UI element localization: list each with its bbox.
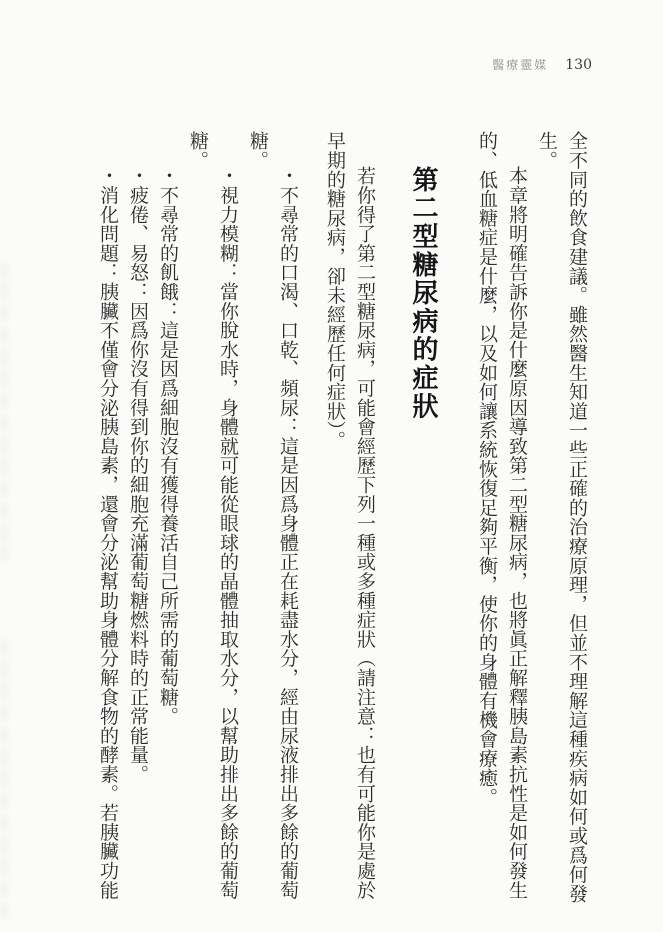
scan-bleed-artifact bbox=[0, 640, 9, 920]
symptom-list: ・不尋常的口渴、口乾、頻尿：這是因爲身體正在耗盡水分，經由尿液排出多餘的葡萄糖。… bbox=[93, 131, 303, 905]
bullet-icon: ・ bbox=[157, 166, 179, 185]
page-number: 130 bbox=[565, 57, 592, 73]
bullet-icon: ・ bbox=[127, 166, 149, 185]
symptom-item-fatigue: ・疲倦、易怒：因爲你沒有得到你的細胞充滿葡萄糖燃料時的正常能量。 bbox=[123, 131, 153, 905]
paragraph-chapter-intro: 本章將明確告訴你是什麼原因導致第二型糖尿病，也將眞正解釋胰島素抗性是如何發生的、… bbox=[472, 131, 532, 905]
book-title: 醫療靈媒 bbox=[492, 56, 548, 73]
page-body-vertical-text: 全不同的飲食建議。雖然醫生知道一些正確的治療原理，但並不理解這種疾病如何或爲何發… bbox=[93, 131, 592, 905]
symptom-text: 視力模糊：當你脫水時，身體就可能從眼球的晶體抽取水分，以幫助排出多餘的葡萄糖。 bbox=[187, 131, 239, 899]
symptom-text: 不尋常的口渴、口乾、頻尿：這是因爲身體正在耗盡水分，經由尿液排出多餘的葡萄糖。 bbox=[247, 131, 299, 899]
symptom-text: 消化問題：胰臟不僅會分泌胰島素，還會分泌幫助身體分解食物的酵素。若胰臟功能 bbox=[97, 185, 119, 899]
bullet-icon: ・ bbox=[277, 166, 299, 185]
scan-bleed-artifact bbox=[0, 262, 9, 562]
paragraph-continued-from-previous-page: 全不同的飲食建議。雖然醫生知道一些正確的治療原理，但並不理解這種疾病如何或爲何發… bbox=[532, 131, 592, 905]
book-page: 醫療靈媒 130 全不同的飲食建議。雖然醫生知道一些正確的治療原理，但並不理解這… bbox=[0, 0, 663, 932]
paragraph-symptoms-lead: 若你得了第二型糖尿病，可能會經歷下列一種或多種症狀（請注意：也有可能你是處於早期… bbox=[320, 131, 380, 905]
section-heading: 第二型糖尿病的症狀 bbox=[403, 131, 443, 905]
bullet-icon: ・ bbox=[97, 166, 119, 185]
running-header: 醫療靈媒 130 bbox=[492, 56, 592, 73]
symptom-item-blurred-vision: ・視力模糊：當你脫水時，身體就可能從眼球的晶體抽取水分，以幫助排出多餘的葡萄糖。 bbox=[183, 131, 243, 905]
symptom-item-hunger: ・不尋常的飢餓：這是因爲細胞沒有獲得養活自己所需的葡萄糖。 bbox=[153, 131, 183, 905]
bullet-icon: ・ bbox=[217, 166, 239, 185]
symptom-text: 疲倦、易怒：因爲你沒有得到你的細胞充滿葡萄糖燃料時的正常能量。 bbox=[127, 185, 149, 783]
symptom-text: 不尋常的飢餓：這是因爲細胞沒有獲得養活自己所需的葡萄糖。 bbox=[157, 185, 179, 725]
symptom-item-thirst: ・不尋常的口渴、口乾、頻尿：這是因爲身體正在耗盡水分，經由尿液排出多餘的葡萄糖。 bbox=[243, 131, 303, 905]
symptom-item-digestion: ・消化問題：胰臟不僅會分泌胰島素，還會分泌幫助身體分解食物的酵素。若胰臟功能 bbox=[93, 131, 123, 905]
